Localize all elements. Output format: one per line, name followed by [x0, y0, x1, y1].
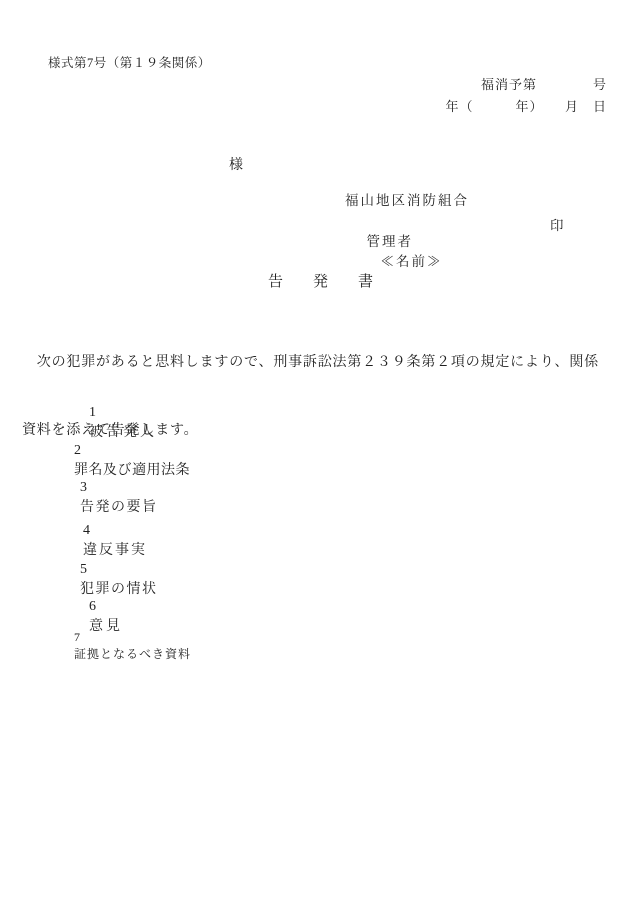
- item-label: 証拠となるべき資料: [74, 647, 191, 661]
- numbered-item-list: 1 被告発人 2 罪名及び適用法条 3 告発の要旨 4 違反事実 5 犯罪の情状…: [0, 0, 630, 903]
- list-item-7: 7 証拠となるべき資料: [50, 615, 191, 677]
- item-number: 2: [74, 443, 99, 459]
- item-number: 7: [74, 630, 94, 645]
- item-number: 5: [80, 562, 105, 578]
- item-number: 4: [83, 523, 108, 539]
- item-number: 3: [80, 480, 105, 496]
- document-page: 様式第7号（第１９条関係） 福消予第 号 年（ 年） 月 日 様 福山地区消防組…: [0, 0, 630, 903]
- item-number: 1: [89, 405, 114, 421]
- item-number: 6: [89, 599, 114, 615]
